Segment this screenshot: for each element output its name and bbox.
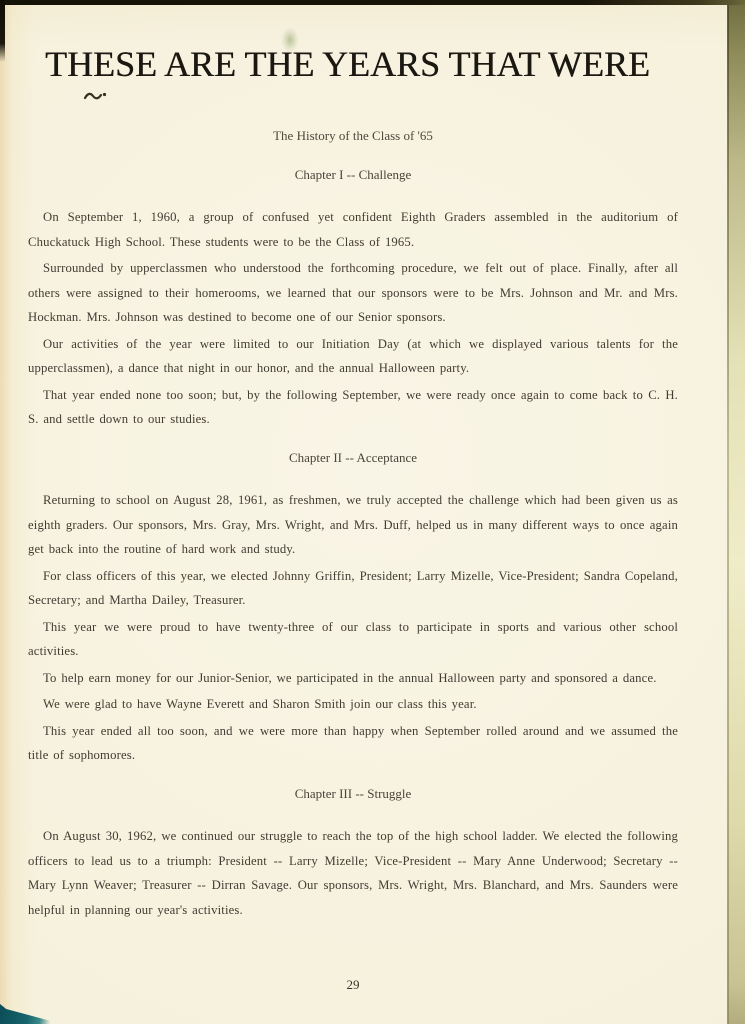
subtitle: The History of the Class of '65	[28, 124, 678, 149]
scan-edge-right-line	[727, 0, 729, 1024]
scan-corner-teal-mark	[0, 1004, 62, 1024]
paragraph: Our activities of the year were limited …	[28, 332, 678, 381]
paragraph: Returning to school on August 28, 1961, …	[28, 488, 678, 562]
paragraph: We were glad to have Wayne Everett and S…	[28, 692, 678, 717]
scan-edge-left	[0, 0, 5, 62]
paragraph: On August 30, 1962, we continued our str…	[28, 824, 678, 922]
scan-edge-right	[728, 0, 745, 1024]
paragraph: Surrounded by upperclassmen who understo…	[28, 256, 678, 330]
chapter-2-heading: Chapter II -- Acceptance	[28, 446, 678, 471]
paragraph: For class officers of this year, we elec…	[28, 564, 678, 613]
scanned-yearbook-page: THESE ARE THE YEARS THAT WERE The Histor…	[0, 0, 745, 1024]
page-body: The History of the Class of '65 Chapter …	[28, 124, 678, 922]
green-smudge-mark	[281, 27, 299, 53]
page-number: 29	[28, 977, 678, 993]
paragraph: On September 1, 1960, a group of confuse…	[28, 205, 678, 254]
paragraph: That year ended none too soon; but, by t…	[28, 383, 678, 432]
ink-squiggle-mark	[83, 88, 109, 104]
page-title: THESE ARE THE YEARS THAT WERE	[45, 44, 700, 84]
chapter-1-heading: Chapter I -- Challenge	[28, 163, 678, 188]
paragraph: To help earn money for our Junior-Senior…	[28, 666, 678, 691]
paragraph: This year we were proud to have twenty-t…	[28, 615, 678, 664]
chapter-3-heading: Chapter III -- Struggle	[28, 782, 678, 807]
paragraph: This year ended all too soon, and we wer…	[28, 719, 678, 768]
scan-edge-top	[0, 0, 745, 5]
